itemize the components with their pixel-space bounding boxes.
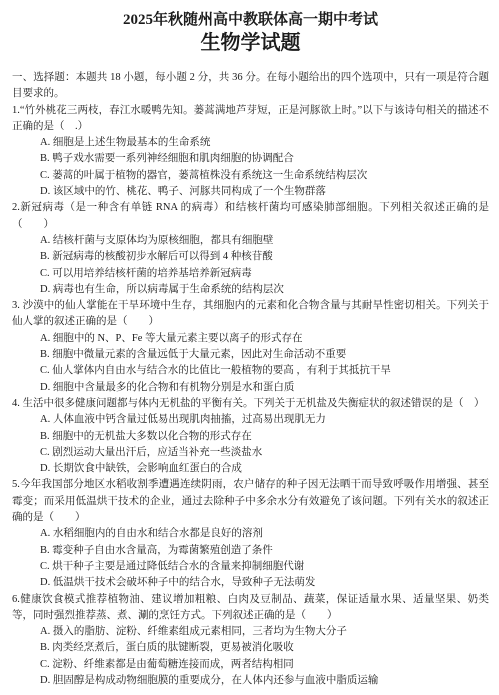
question-block: 3. 沙漠中的仙人掌能在干旱环境中生存，其细胞内的元素和化合物含量与其耐旱性密切…	[12, 298, 489, 396]
option-line: B. 细胞中微量元素的含量远低于大量元素，因此对生命活动不重要	[12, 347, 489, 363]
option-line: D. 长期饮食中缺铁，会影响血红蛋白的合成	[12, 461, 489, 477]
question-stem: 6.健康饮食模式推荐植物油、建议增加粗粮、白肉及豆制品、蔬菜，保证适量水果、适量…	[12, 592, 489, 625]
question-block: 1.“竹外桃花三两枝，春江水暖鸭先知。蒌蒿满地芦芽短，正是河豚欲上时。”以下与该…	[12, 103, 489, 201]
question-list: 1.“竹外桃花三两枝，春江水暖鸭先知。蒌蒿满地芦芽短，正是河豚欲上时。”以下与该…	[12, 103, 489, 690]
option-line: B. 肉类经烹煮后，蛋白质的肽键断裂，更易被消化吸收	[12, 640, 489, 656]
option-line: A. 摄入的脂肪、淀粉、纤维素组成元素相同，三者均为生物大分子	[12, 624, 489, 640]
question-block: 4. 生活中很多健康问题都与体内无机盐的平衡有关。下列关于无机盐及失衡症状的叙述…	[12, 396, 489, 477]
question-stem: 4. 生活中很多健康问题都与体内无机盐的平衡有关。下列关于无机盐及失衡症状的叙述…	[12, 396, 489, 412]
question-stem: 2.新冠病毒（是一种含有单链 RNA 的病毒）和结核杆菌均可感染肺部细胞。下列相…	[12, 200, 489, 233]
option-line: A. 结核杆菌与支原体均为原核细胞，都具有细胞壁	[12, 233, 489, 249]
exam-title: 2025年秋随州高中教联体高一期中考试	[12, 10, 489, 30]
option-line: C. 仙人掌体内自由水与结合水的比值比一般植物的要高 ，有利于其抵抗干旱	[12, 363, 489, 379]
option-line: B. 霉变种子自由水含量高，为霉菌繁殖创造了条件	[12, 543, 489, 559]
question-stem: 3. 沙漠中的仙人掌能在干旱环境中生存，其细胞内的元素和化合物含量与其耐旱性密切…	[12, 298, 489, 331]
section-intro: 一、选择题：本题共 18 小题，每小题 2 分，共 36 分。在每小题给出的四个…	[12, 70, 489, 103]
option-line: C. 蒌蒿的叶属于植物的器官，蒌蒿植株没有系统这一生命系统结构层次	[12, 168, 489, 184]
question-block: 5.今年我国部分地区水稻收割季遭遇连续阴雨，农户储存的种子因无法晒干而导致呼吸作…	[12, 477, 489, 591]
option-line: A. 细胞中的 N、P、Fe 等大量元素主要以离子的形式存在	[12, 331, 489, 347]
option-line: A. 细胞是上述生物最基本的生命系统	[12, 135, 489, 151]
option-line: B. 细胞中的无机盐大多数以化合物的形式存在	[12, 429, 489, 445]
option-line: C. 剧烈运动大量出汗后，应适当补充一些淡盐水	[12, 445, 489, 461]
question-block: 6.健康饮食模式推荐植物油、建议增加粗粮、白肉及豆制品、蔬菜，保证适量水果、适量…	[12, 592, 489, 690]
option-line: D. 细胞中含量最多的化合物和有机物分别是水和蛋白质	[12, 380, 489, 396]
question-stem: 5.今年我国部分地区水稻收割季遭遇连续阴雨，农户储存的种子因无法晒干而导致呼吸作…	[12, 477, 489, 526]
option-line: C. 烘干种子主要是通过降低结合水的含量来抑制细胞代谢	[12, 559, 489, 575]
option-line: D. 病毒也有生命，所以病毒属于生命系统的结构层次	[12, 282, 489, 298]
option-line: C. 可以用培养结核杆菌的培养基培养新冠病毒	[12, 266, 489, 282]
option-line: D. 该区域中的竹、桃花、鸭子、河豚共同构成了一个生物群落	[12, 184, 489, 200]
option-line: A. 水稻细胞内的自由水和结合水都是良好的溶剂	[12, 526, 489, 542]
option-line: B. 鸭子戏水需要一系列神经细胞和肌肉细胞的协调配合	[12, 151, 489, 167]
exam-subtitle: 生物学试题	[12, 31, 489, 55]
question-stem: 1.“竹外桃花三两枝，春江水暖鸭先知。蒌蒿满地芦芽短，正是河豚欲上时。”以下与该…	[12, 103, 489, 136]
exam-page: 2025年秋随州高中教联体高一期中考试 生物学试题 一、选择题：本题共 18 小…	[0, 0, 499, 695]
option-line: B. 新冠病毒的核酸初步水解后可以得到 4 种核苷酸	[12, 249, 489, 265]
option-line: D. 胆固醇是构成动物细胞膜的重要成分，在人体内还参与血液中脂质运输	[12, 673, 489, 689]
option-line: A. 人体血液中钙含量过低易出现肌肉抽搐，过高易出现肌无力	[12, 412, 489, 428]
option-line: C. 淀粉、纤维素都是由葡萄糖连接而成，两者结构相同	[12, 657, 489, 673]
option-line: D. 低温烘干技术会破坏种子中的结合水，导致种子无法萌发	[12, 575, 489, 591]
question-block: 2.新冠病毒（是一种含有单链 RNA 的病毒）和结核杆菌均可感染肺部细胞。下列相…	[12, 200, 489, 298]
